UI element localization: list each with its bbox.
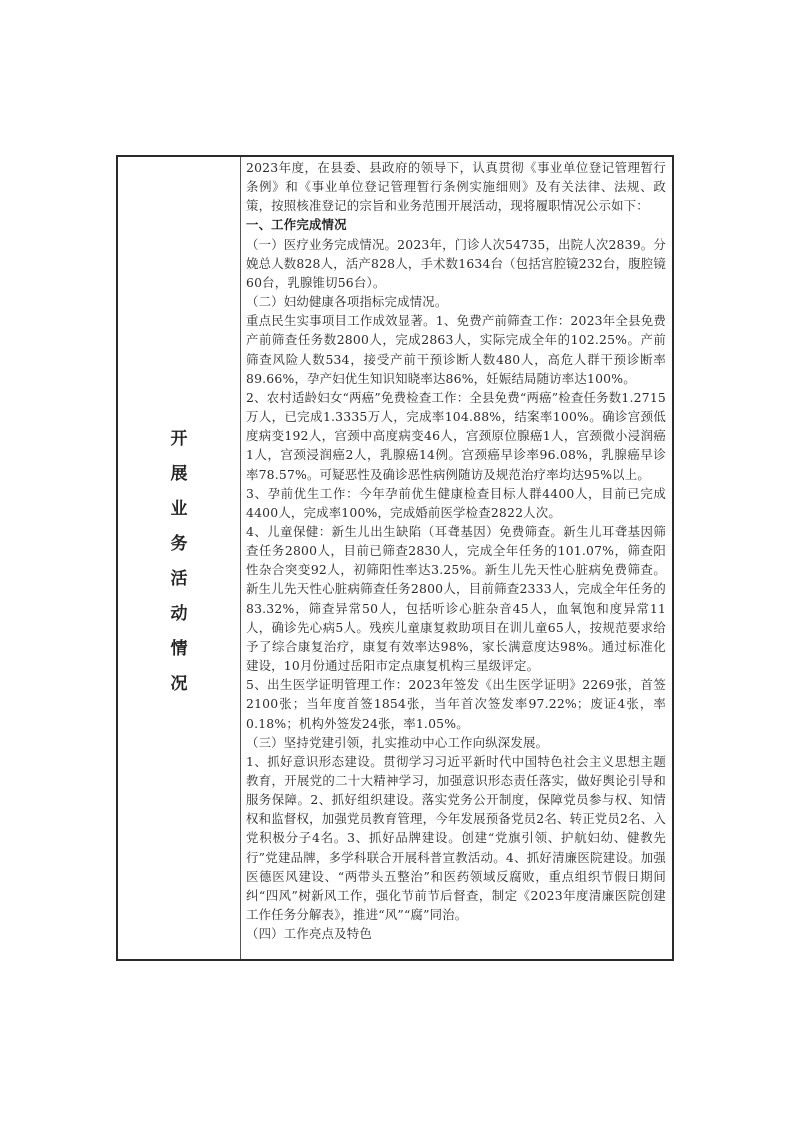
prenatal-screening-paragraph: 重点民生实事项目工作成效显著。1、免费产前筛查工作：2023年全县免费产前筛查任… (246, 311, 666, 388)
section-label: 开 展 业 务 活 动 情 况 (118, 422, 240, 702)
section-heading: 一、工作完成情况 (246, 215, 666, 234)
section-label-char: 活 (171, 562, 188, 597)
section-label-char: 务 (171, 527, 188, 562)
section-label-char: 情 (171, 632, 188, 667)
section-label-char: 开 (171, 422, 188, 457)
section-label-cell: 开 展 业 务 活 动 情 况 (118, 157, 241, 959)
section-label-char: 况 (171, 667, 188, 702)
party-building-paragraph: 1、抓好意识形态建设。贯彻学习习近平新时代中国特色社会主义思想主题教育，开展党的… (246, 752, 666, 924)
birth-certificate-paragraph: 5、出生医学证明管理工作：2023年签发《出生医学证明》2269张，首签2100… (246, 675, 666, 732)
party-building-heading: （三）坚持党建引领，扎实推动中心工作向纵深发展。 (246, 733, 666, 752)
intro-paragraph: 2023年度，在县委、县政府的领导下，认真贯彻《事业单位登记管理暂行条例》和《事… (246, 158, 666, 215)
highlights-heading: （四）工作亮点及特色 (246, 924, 666, 943)
medical-business-paragraph: （一）医疗业务完成情况。2023年，门诊人次54735，出院人次2839。分娩总… (246, 235, 666, 292)
maternal-child-heading: （二）妇幼健康各项指标完成情况。 (246, 292, 666, 311)
content-cell: 2023年度，在县委、县政府的领导下，认真贯彻《事业单位登记管理暂行条例》和《事… (241, 157, 672, 959)
child-health-paragraph: 4、儿童保健：新生儿出生缺陷（耳聋基因）免费筛查。新生儿耳聋基因筛查任务2800… (246, 522, 666, 675)
section-label-char: 动 (171, 597, 188, 632)
two-cancers-paragraph: 2、农村适龄妇女“两癌”免费检查工作：全县免费“两癌”检查任务数1.2715万人… (246, 388, 666, 484)
section-label-char: 展 (171, 457, 188, 492)
preconception-paragraph: 3、孕前优生工作：今年孕前优生健康检查目标人群4400人，目前已完成4400人，… (246, 484, 666, 522)
section-label-char: 业 (171, 492, 188, 527)
activity-table: 开 展 业 务 活 动 情 况 2023年度，在县委、县政府的领导下，认真贯彻《… (116, 155, 674, 961)
